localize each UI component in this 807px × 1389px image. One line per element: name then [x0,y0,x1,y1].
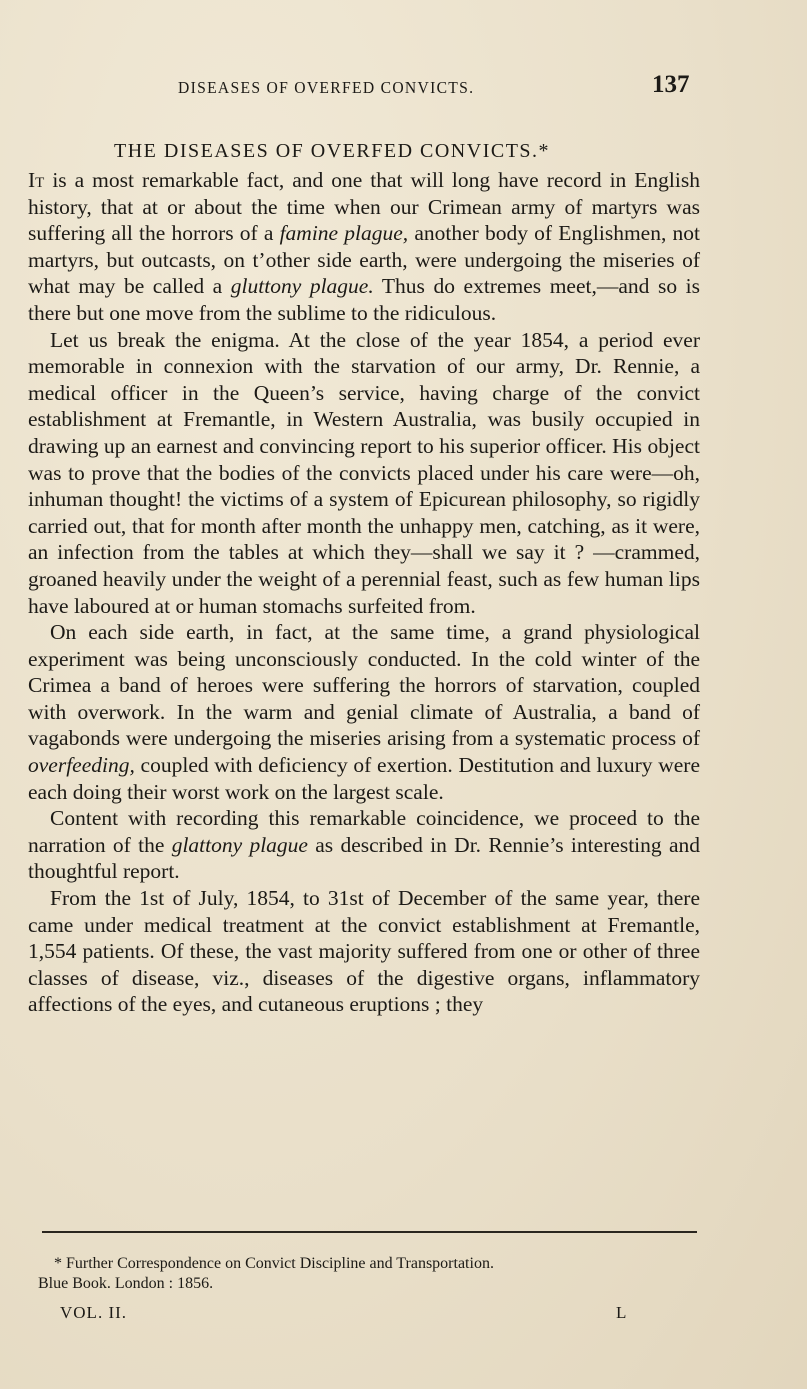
signature-mark: L [616,1303,627,1323]
paragraph-3: On each side earth, in fact, at the same… [28,619,700,805]
footnote-line-2: Blue Book. London : 1856. [38,1274,700,1294]
footnote-rule [42,1231,697,1233]
footnote-line-1: * Further Correspondence on Convict Disc… [38,1254,700,1274]
body-text: It is a most remarkable fact, and one th… [28,167,700,1018]
running-title: DISEASES OF OVERFED CONVICTS. [178,78,474,98]
page-number: 137 [652,71,690,99]
signature-line: VOL. II. L [0,1303,807,1327]
emphasis-famine-plague: famine plague, [280,221,409,245]
paragraph-4: Content with recording this remarkable c… [28,805,700,885]
emphasis-overfeeding: overfeeding, [28,753,135,777]
emphasis-gluttony-plague: gluttony plague. [231,274,374,298]
emphasis-glattony-plague: glattony plague [172,833,308,857]
paragraph-1: It is a most remarkable fact, and one th… [28,167,700,327]
footnote: * Further Correspondence on Convict Disc… [38,1254,700,1294]
book-page: DISEASES OF OVERFED CONVICTS. 137 THE DI… [0,0,807,1389]
paragraph-2: Let us break the enigma. At the close of… [28,327,700,620]
running-head: DISEASES OF OVERFED CONVICTS. 137 [0,65,807,95]
volume-label: VOL. II. [60,1303,127,1323]
paragraph-5: From the 1st of July, 1854, to 31st of D… [28,885,700,1018]
opening-word: It [28,168,44,192]
chapter-title: THE DISEASES OF OVERFED CONVICTS.* [114,140,550,163]
